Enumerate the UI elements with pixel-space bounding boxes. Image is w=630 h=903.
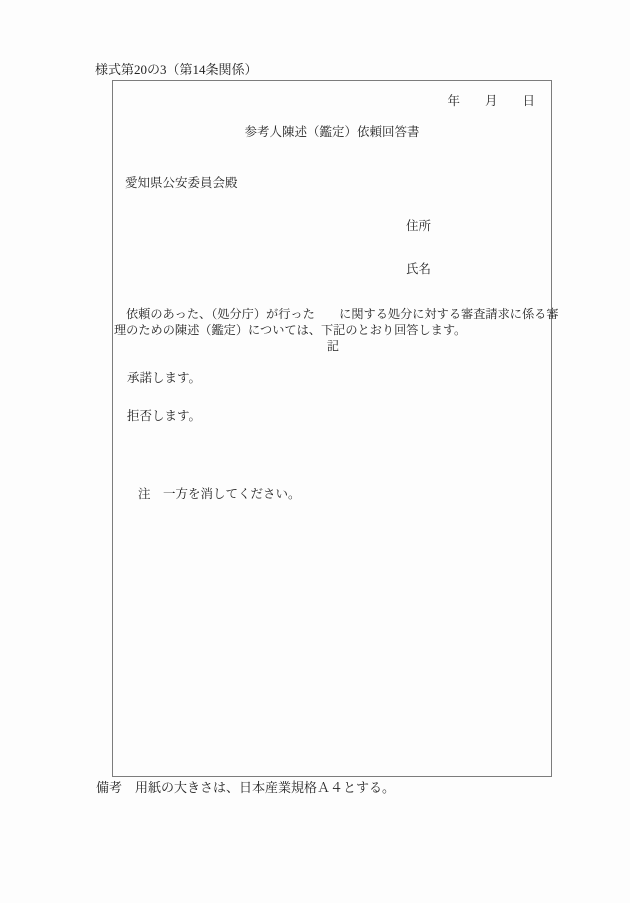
refuse-option: 拒否します。 [127,408,201,424]
ki-heading: 記 [114,338,552,354]
body-line-2: 理のための陳述（鑑定）については、下記のとおり回答します。 [114,322,552,338]
name-label: 氏名 [406,261,431,277]
address-label: 住所 [406,218,431,234]
date-line: 年 月 日 [447,93,535,109]
body-line-1: 依頼のあった、（処分庁）が行った に関する処分に対する審査請求に係る審 [114,306,552,322]
addressee-line: 愛知県公安委員会殿 [125,175,238,191]
body-paragraph: 依頼のあった、（処分庁）が行った に関する処分に対する審査請求に係る審 理のため… [114,306,552,354]
remark-line: 備考 用紙の大きさは、日本産業規格Ａ４とする。 [96,780,395,796]
document-page: 様式第20の3（第14条関係） 年 月 日 参考人陳述（鑑定）依頼回答書 愛知県… [0,0,630,903]
accept-option: 承諾します。 [127,370,201,386]
form-code: 様式第20の3（第14条関係） [95,62,258,78]
document-frame: 年 月 日 参考人陳述（鑑定）依頼回答書 愛知県公安委員会殿 住所 氏名 依頼の… [112,80,552,777]
note-line: 注 一方を消してください。 [138,486,301,502]
document-title: 参考人陳述（鑑定）依頼回答書 [113,124,551,140]
